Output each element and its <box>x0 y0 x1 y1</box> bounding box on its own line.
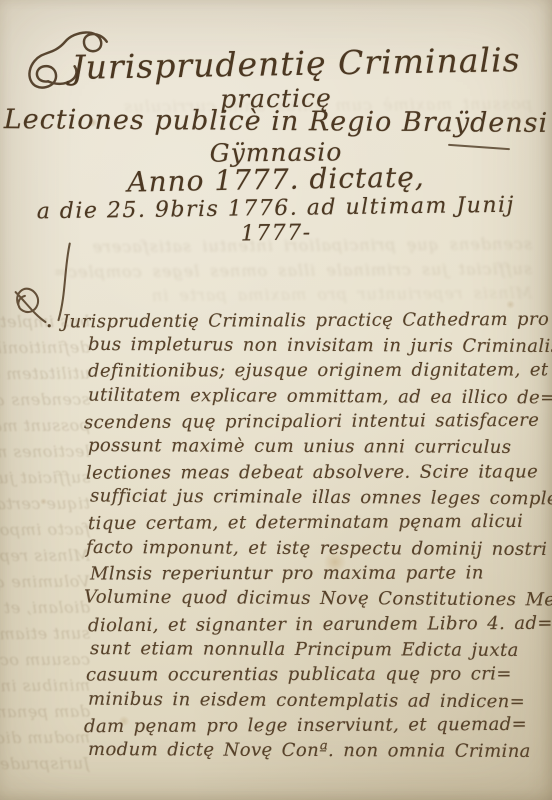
show-through-text: lectiones meas debeat absolvere. Scire i… <box>0 442 90 462</box>
manuscript-line: lectiones meas debeat absolvere. Scire i… <box>86 461 538 483</box>
show-through-text: dam pęnam pro lege inserviunt, et quemad… <box>0 702 90 722</box>
manuscript-line: Mlnsis reperiuntur pro maxima parte in <box>90 562 484 584</box>
show-through-text: facto imponunt, et istę respectu dominij… <box>0 520 90 540</box>
manuscript-line: casuum occurentias publicata quę pro cri… <box>86 663 512 685</box>
show-through-text: utilitatem explicare ommittam, ad ea ill… <box>0 364 90 384</box>
manuscript-line: minibus in eisdem contemplatis ad indice… <box>88 689 525 713</box>
manuscript-line: bus impleturus non invisitam in juris Cr… <box>88 334 552 357</box>
manuscript-line: scendens quę principaliori intentui sati… <box>84 410 539 433</box>
show-through-text: diolani, et signanter in earundem Libro … <box>0 598 90 618</box>
show-through-text: Mlnsis reperiuntur pro maxima parte in <box>20 283 532 306</box>
paragraph-mark-icon <box>10 238 94 350</box>
show-through-text: scendens quę principaliori intentui sati… <box>0 390 90 410</box>
manuscript-line: possunt maximè cum unius anni curriculus <box>88 435 511 458</box>
show-through-text: modum dictę Novę Conª. non omnia Crimina <box>0 728 90 748</box>
show-through-text: sufficiat jus criminale illas omnes lege… <box>20 259 532 282</box>
manuscript-line: utilitatem explicare ommittam, ad ea ill… <box>88 385 552 409</box>
show-through-text: sunt etiam nonnulla Principum Edicta jux… <box>0 624 90 644</box>
manuscript-line: tique certam, et determinatam pęnam alic… <box>88 511 523 534</box>
foxing-spot <box>506 300 515 309</box>
manuscript-line: diolani, et signanter in earundem Libro … <box>88 613 552 636</box>
manuscript-line: modum dictę Novę Conª. non omnia Crimina <box>88 739 531 762</box>
title-line: Jurisprudentię Criminalis <box>70 40 523 87</box>
show-through-text: tique certam, et determinatam pęnam alic… <box>0 494 90 514</box>
manuscript-line: sufficiat jus criminale illas omnes lege… <box>90 485 552 509</box>
manuscript-page: possunt maximè cum unius anni curriculus… <box>0 0 552 800</box>
show-through-text: Mlnsis reperiuntur pro maxima parte in <box>0 546 90 566</box>
manuscript-line: sunt etiam nonnulla Principum Edicta jux… <box>90 638 519 661</box>
show-through-text: Volumine quod dicimus Novę Constitutione… <box>0 572 90 592</box>
manuscript-line: definitionibus; ejusque originem dignita… <box>88 359 549 381</box>
show-through-text: possunt maximè cum unius anni curriculus <box>0 416 90 436</box>
manuscript-line: facto imponunt, et istę respectu dominij… <box>86 537 547 560</box>
manuscript-line: Jurisprudentię Criminalis practicę Cathe… <box>62 309 552 333</box>
foxing-spot <box>40 498 47 505</box>
manuscript-line: dam pęnam pro lege inserviunt, et quemad… <box>84 714 527 737</box>
title-line: Lectiones publicè in Regio Braÿdensi <box>0 104 552 139</box>
show-through-text: sufficiat jus criminale illas omnes lege… <box>0 468 90 488</box>
show-through-text: casuum occurentias publicata quę pro cri… <box>0 650 90 670</box>
manuscript-line: Volumine quod dicimus Novę Constitutione… <box>84 587 552 611</box>
show-through-text: minibus in eisdem contemplatis ad indice… <box>0 676 90 696</box>
show-through-text: Jurisprudentię Criminalis practicę Cathe… <box>0 754 90 774</box>
